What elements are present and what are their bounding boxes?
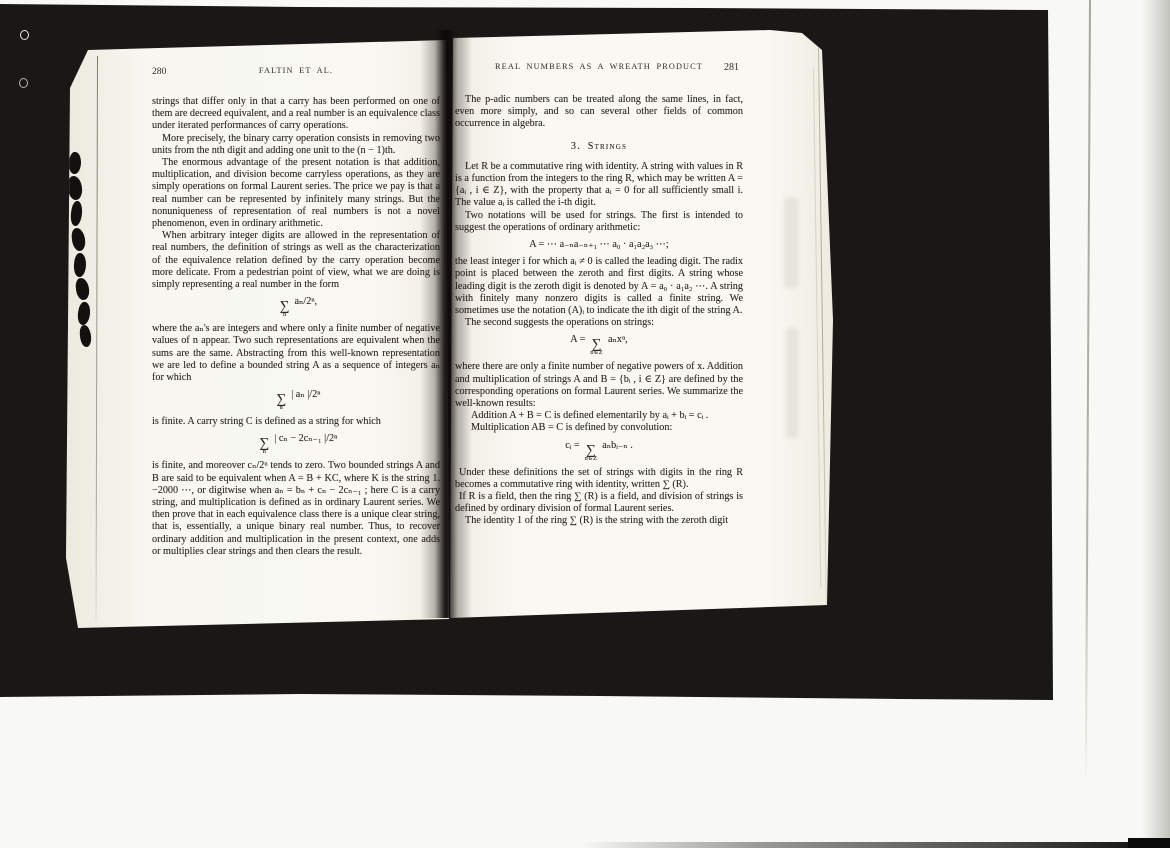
paragraph: The identity 1 of the ring ∑ (R) is the … — [455, 515, 743, 527]
paragraph: is finite, and moreover cₙ/2ⁿ tends to z… — [152, 460, 440, 558]
page-number: 281 — [724, 62, 739, 73]
paragraph: Let R be a commutative ring with identit… — [455, 161, 743, 210]
show-through-smudge — [786, 328, 798, 438]
formula-carry-string: ∑n| cₙ − 2cₙ₋₁ |/2ⁿ — [152, 433, 440, 455]
paragraph: When arbitrary integer digits are allowe… — [152, 230, 440, 291]
left-page-edge-line — [96, 56, 99, 622]
addition-rule-line: Addition A + B = C is defined elementari… — [455, 410, 743, 422]
left-page-header: 280 FALTIN ET AL. — [152, 66, 440, 78]
left-page: 280 FALTIN ET AL. strings that differ on… — [64, 38, 450, 630]
torn-edge-mark — [75, 277, 90, 300]
paragraph: More precisely, the binary carry operati… — [152, 133, 440, 157]
paragraph: The enormous advantage of the present no… — [152, 157, 440, 230]
photocopy-paper-edge-line — [1085, 0, 1091, 810]
formula-sum-an-over-2n: ∑naₙ/2ⁿ, — [152, 296, 440, 318]
formula-sum-abs-an: ∑n| aₙ |/2ⁿ — [152, 389, 440, 411]
torn-edge-mark — [69, 200, 83, 226]
section-heading: 3. Strings — [455, 141, 743, 153]
paragraph: Under these definitions the set of strin… — [455, 467, 743, 491]
torn-edge-mark — [67, 176, 83, 201]
torn-edge-mark — [68, 151, 82, 174]
paragraph: where there are only a finite number of … — [455, 361, 743, 410]
punch-hole-mark — [20, 30, 29, 40]
paragraph: If R is a field, then the ring ∑ (R) is … — [455, 491, 743, 515]
formula-convolution: cᵢ =∑n∈Zaₙbᵢ₋ₙ . — [455, 440, 743, 462]
torn-edge-mark — [76, 301, 91, 326]
scanned-book-photocopy: 280 FALTIN ET AL. strings that differ on… — [0, 0, 1170, 848]
right-page-text-column: The p-adic numbers can be treated along … — [455, 94, 743, 528]
left-page-text-column: strings that differ only in that a carry… — [152, 96, 440, 558]
paragraph: is finite. A carry string C is defined a… — [152, 416, 440, 428]
formula-laurent-series: A =∑n∈Zaₙxⁿ, — [455, 334, 743, 356]
paragraph: strings that differ only in that a carry… — [152, 96, 440, 133]
paragraph: The second suggests the operations on st… — [455, 317, 743, 329]
running-head: REAL NUMBERS AS A WREATH PRODUCT — [455, 62, 743, 71]
multiplication-rule-line: Multiplication AB = C is defined by conv… — [455, 422, 743, 434]
paragraph: the least integer i for which aᵢ ≠ 0 is … — [455, 256, 743, 317]
paragraph: The p-adic numbers can be treated along … — [455, 94, 743, 131]
right-page-header: REAL NUMBERS AS A WREATH PRODUCT 281 — [455, 62, 743, 74]
torn-edge-mark — [71, 227, 87, 251]
book-gutter-shadow — [420, 30, 472, 618]
paragraph: where the aₙ's are integers and where on… — [152, 323, 440, 384]
paper-right-edge-shadow — [1142, 0, 1170, 848]
page-number: 280 — [152, 66, 166, 77]
sigma-symbol: ∑ — [586, 444, 596, 456]
punch-hole-mark — [19, 78, 28, 88]
bottom-corner-artifact — [1128, 838, 1170, 848]
bottom-scan-artifact — [580, 842, 1170, 848]
formula-digit-notation: A = ⋯ a₋ₙa₋ₙ₊₁ ⋯ a₀ · a₁a₂a₃ ⋯; — [455, 239, 743, 251]
paragraph: Two notations will be used for strings. … — [455, 210, 743, 234]
torn-edge-mark — [79, 325, 92, 348]
torn-edge-mark — [73, 253, 87, 278]
show-through-smudge — [784, 198, 798, 288]
right-page: REAL NUMBERS AS A WREATH PRODUCT 281 The… — [448, 28, 838, 618]
running-head: FALTIN ET AL. — [152, 66, 440, 75]
